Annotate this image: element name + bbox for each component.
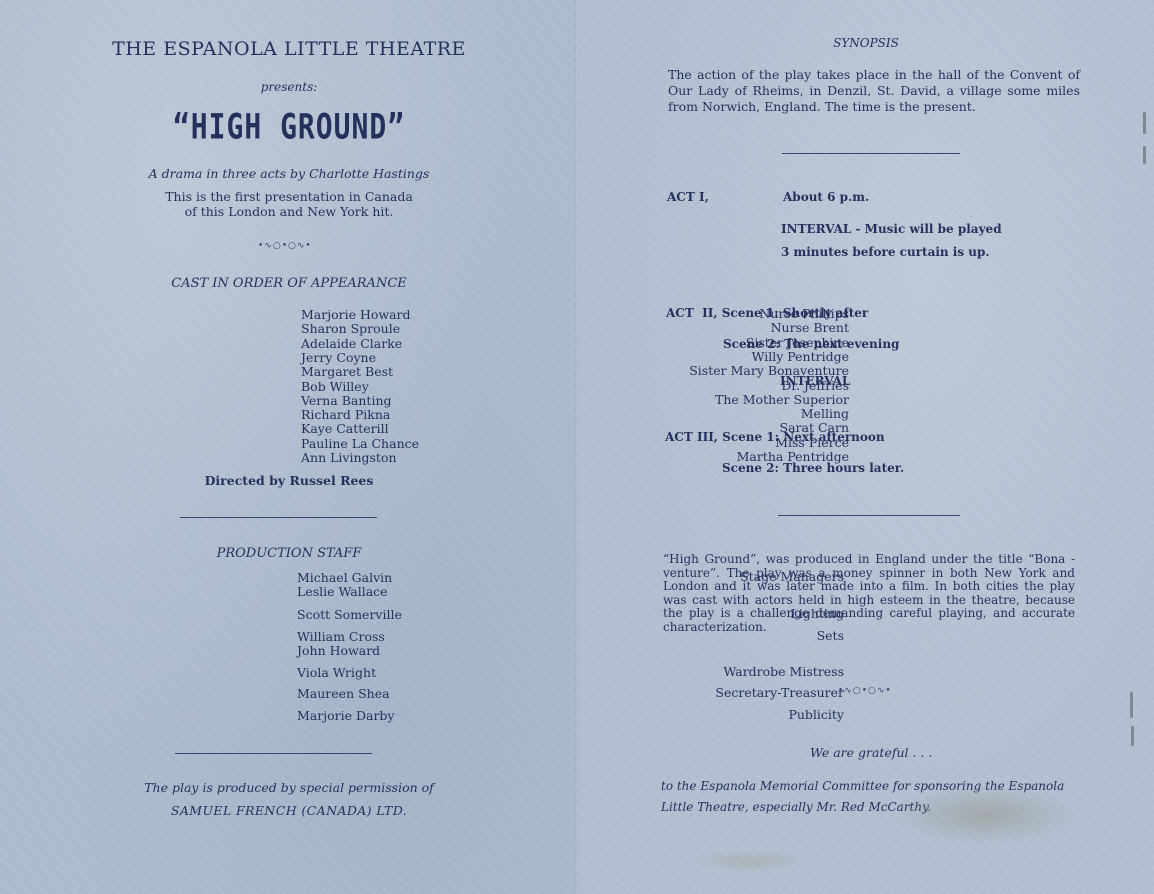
first-presentation-note: This is the first presentation in Canada… bbox=[0, 189, 578, 219]
cast-actor: Richard Pikna bbox=[301, 408, 390, 422]
production-notes: “High Ground”, was produced in England u… bbox=[663, 553, 1075, 634]
grateful-heading: We are grateful . . . bbox=[810, 745, 932, 760]
cast-actor: Margaret Best bbox=[301, 365, 393, 379]
cast-role: Nurse Brent bbox=[771, 321, 849, 335]
cast-actor: Ann Livingston bbox=[301, 451, 397, 465]
cast-role: The Mother Superior bbox=[715, 393, 849, 407]
cast-role: Melling bbox=[801, 407, 849, 421]
act1-label: ACT I, bbox=[667, 190, 709, 204]
staff-member: Viola Wright bbox=[297, 666, 376, 680]
interval1-line2: 3 minutes before curtain is up. bbox=[781, 245, 990, 259]
publisher-name: SAMUEL FRENCH (CANADA) LTD. bbox=[0, 803, 578, 818]
staff-member: Maureen Shea bbox=[297, 687, 390, 701]
cast-actor: Jerry Coyne bbox=[301, 351, 376, 365]
interval2: INTERVAL bbox=[780, 374, 850, 388]
act1-time: About 6 p.m. bbox=[783, 190, 869, 204]
divider-rule bbox=[180, 517, 377, 518]
staple-mark bbox=[1130, 692, 1133, 718]
play-title: “HIGH GROUND” bbox=[0, 106, 578, 147]
presents-label: presents: bbox=[0, 80, 578, 94]
staple-mark bbox=[1131, 726, 1134, 746]
staff-member: Michael Galvin bbox=[297, 571, 392, 585]
staple-mark bbox=[1143, 146, 1146, 164]
divider-rule bbox=[175, 753, 372, 754]
director-credit: Directed by Russel Rees bbox=[0, 473, 578, 488]
synopsis-heading: SYNOPSIS bbox=[578, 36, 1154, 50]
permission-note: The play is produced by special permissi… bbox=[0, 780, 578, 795]
staff-role: Publicity bbox=[788, 708, 844, 722]
synopsis-text: The action of the play takes place in th… bbox=[668, 67, 1080, 115]
interval1-line1: INTERVAL - Music will be played bbox=[781, 222, 1002, 236]
staff-role: Wardrobe Mistress bbox=[723, 665, 844, 679]
staff-member: William Cross bbox=[297, 630, 385, 644]
staff-member: Marjorie Darby bbox=[297, 709, 395, 723]
first-presentation-line: This is the first presentation in Canada bbox=[0, 189, 578, 204]
theatre-name: THE ESPANOLA LITTLE THEATRE bbox=[0, 38, 578, 60]
cast-actor: Bob Willey bbox=[301, 380, 369, 394]
act2-scene2: Scene 2: The next evening bbox=[723, 337, 899, 351]
act3-label: ACT III, Scene 1: Next afternoon bbox=[665, 430, 885, 444]
staple-mark bbox=[1143, 112, 1146, 134]
act3-scene2: Scene 2: Three hours later. bbox=[722, 461, 904, 475]
paper-stain bbox=[890, 785, 1080, 845]
cast-heading: CAST IN ORDER OF APPEARANCE bbox=[0, 276, 578, 291]
ornament-divider: •∿○•○∿• bbox=[838, 686, 892, 696]
cast-actor: Adelaide Clarke bbox=[301, 337, 402, 351]
paper-stain bbox=[690, 850, 810, 872]
cast-actor: Pauline La Chance bbox=[301, 437, 419, 451]
production-staff-heading: PRODUCTION STAFF bbox=[0, 546, 578, 561]
staff-role: Secretary-Treasurer bbox=[715, 686, 844, 700]
cast-actor: Kaye Catterill bbox=[301, 422, 389, 436]
divider-rule bbox=[778, 515, 960, 516]
ornament-divider: •∿○•○∿• bbox=[258, 241, 312, 251]
staff-member: John Howard bbox=[297, 644, 380, 658]
first-presentation-line: of this London and New York hit. bbox=[0, 204, 578, 219]
cast-actor: Marjorie Howard bbox=[301, 308, 411, 322]
staff-member: Leslie Wallace bbox=[297, 585, 388, 599]
act2-label: ACT II, Scene 1: Shortly after bbox=[666, 306, 868, 320]
divider-rule bbox=[782, 153, 960, 154]
cast-actor: Sharon Sproule bbox=[301, 322, 400, 336]
cast-actor: Verna Banting bbox=[301, 394, 392, 408]
drama-byline: A drama in three acts by Charlotte Hasti… bbox=[0, 166, 578, 181]
staff-member: Scott Somerville bbox=[297, 608, 402, 622]
cast-role: Willy Pentridge bbox=[752, 350, 849, 364]
